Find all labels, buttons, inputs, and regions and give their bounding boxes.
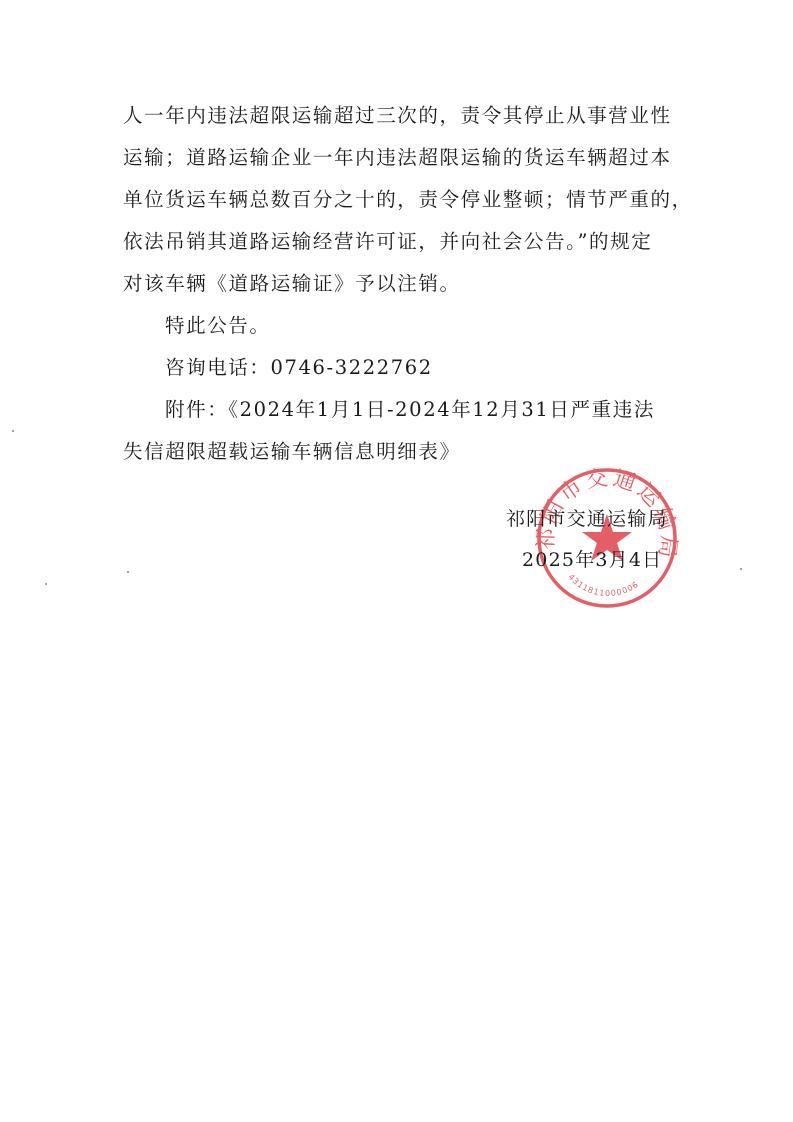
scan-speck	[127, 571, 129, 573]
contact-phone: 咨询电话：0746-3222762	[165, 355, 725, 381]
body-line-1: 人一年内违法超限运输超过三次的，责令其停止从事营业性	[123, 103, 683, 129]
body-line-2: 运输；道路运输企业一年内违法超限运输的货运车辆超过本	[123, 145, 683, 171]
body-line-5: 对该车辆《道路运输证》予以注销。	[123, 271, 683, 297]
closing-text: 特此公告。	[165, 313, 725, 339]
body-line-3: 单位货运车辆总数百分之十的，责令停业整顿；情节严重的，	[123, 187, 683, 213]
scan-speck	[12, 430, 14, 432]
attachment-line-1: 附件：《2024年1月1日-2024年12月31日严重违法	[165, 397, 725, 423]
scan-speck	[740, 568, 742, 570]
scan-speck	[45, 583, 47, 585]
svg-text:4311811000006: 4311811000006	[566, 572, 640, 598]
body-line-4: 依法吊销其道路运输经营许可证，并向社会公告。”的规定	[123, 229, 683, 255]
signature-date: 2025年3月4日	[522, 547, 662, 573]
signature-organization: 祁阳市交通运输局	[506, 506, 668, 532]
attachment-line-2: 失信超限超载运输车辆信息明细表》	[123, 439, 683, 465]
official-seal-icon: 祁阳市交通运输局 4311811000006	[535, 466, 679, 610]
document-page: 人一年内违法超限运输超过三次的，责令其停止从事营业性 运输；道路运输企业一年内违…	[0, 0, 793, 1122]
